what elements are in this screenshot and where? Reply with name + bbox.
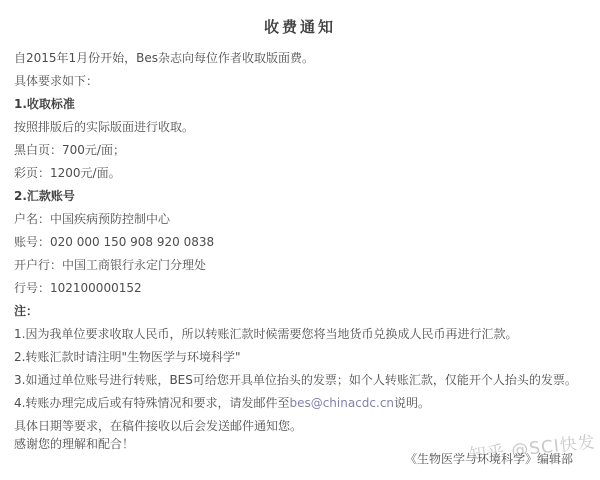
- notes-heading: 注：: [14, 305, 586, 317]
- note-item-3: 3.如通过单位账号进行转账，BES可给您开具单位抬头的发票；如个人转账汇款，仅能…: [14, 374, 586, 386]
- account-name-line: 户名：中国疾病预防控制中心: [14, 213, 586, 225]
- standard-line-3: 彩页：1200元/面。: [14, 167, 586, 179]
- signature: 《生物医学与环境科学》编辑部: [14, 453, 586, 465]
- section-heading-account: 2.汇款账号: [14, 190, 586, 202]
- note-item-1: 1.因为我单位要求收取人民币，所以转账汇款时候需要您将当地货币兑换成人民币再进行…: [14, 328, 586, 340]
- email-link[interactable]: bes@chinacdc.cn: [289, 396, 394, 410]
- account-bank-line: 开户行：中国工商银行永定门分理处: [14, 259, 586, 271]
- standard-line-1: 按照排版后的实际版面进行收取。: [14, 121, 586, 133]
- note-4-prefix: 4.转账办理完成后或有特殊情况和要求，请发邮件至: [14, 396, 289, 410]
- account-number-line: 账号：020 000 150 908 920 0838: [14, 236, 586, 248]
- standard-line-2: 黑白页：700元/面；: [14, 144, 586, 156]
- closing-line-1: 具体日期等要求，在稿件接收以后会发送邮件通知您。: [14, 420, 586, 432]
- account-bankcode-line: 行号：102100000152: [14, 282, 586, 294]
- requirements-lead: 具体要求如下：: [14, 75, 586, 87]
- intro-text: 自2015年1月份开始，Bes杂志向每位作者收取版面费。: [14, 52, 586, 64]
- note-4-suffix: 说明。: [394, 396, 430, 410]
- note-item-2: 2.转账汇款时请注明"生物医学与环境科学": [14, 351, 586, 363]
- notice-title: 收费通知: [14, 20, 586, 35]
- fee-notice-page: 收费通知 自2015年1月份开始，Bes杂志向每位作者收取版面费。 具体要求如下…: [0, 0, 600, 480]
- section-heading-standard: 1.收取标准: [14, 98, 586, 110]
- note-item-4: 4.转账办理完成后或有特殊情况和要求，请发邮件至bes@chinacdc.cn说…: [14, 397, 586, 409]
